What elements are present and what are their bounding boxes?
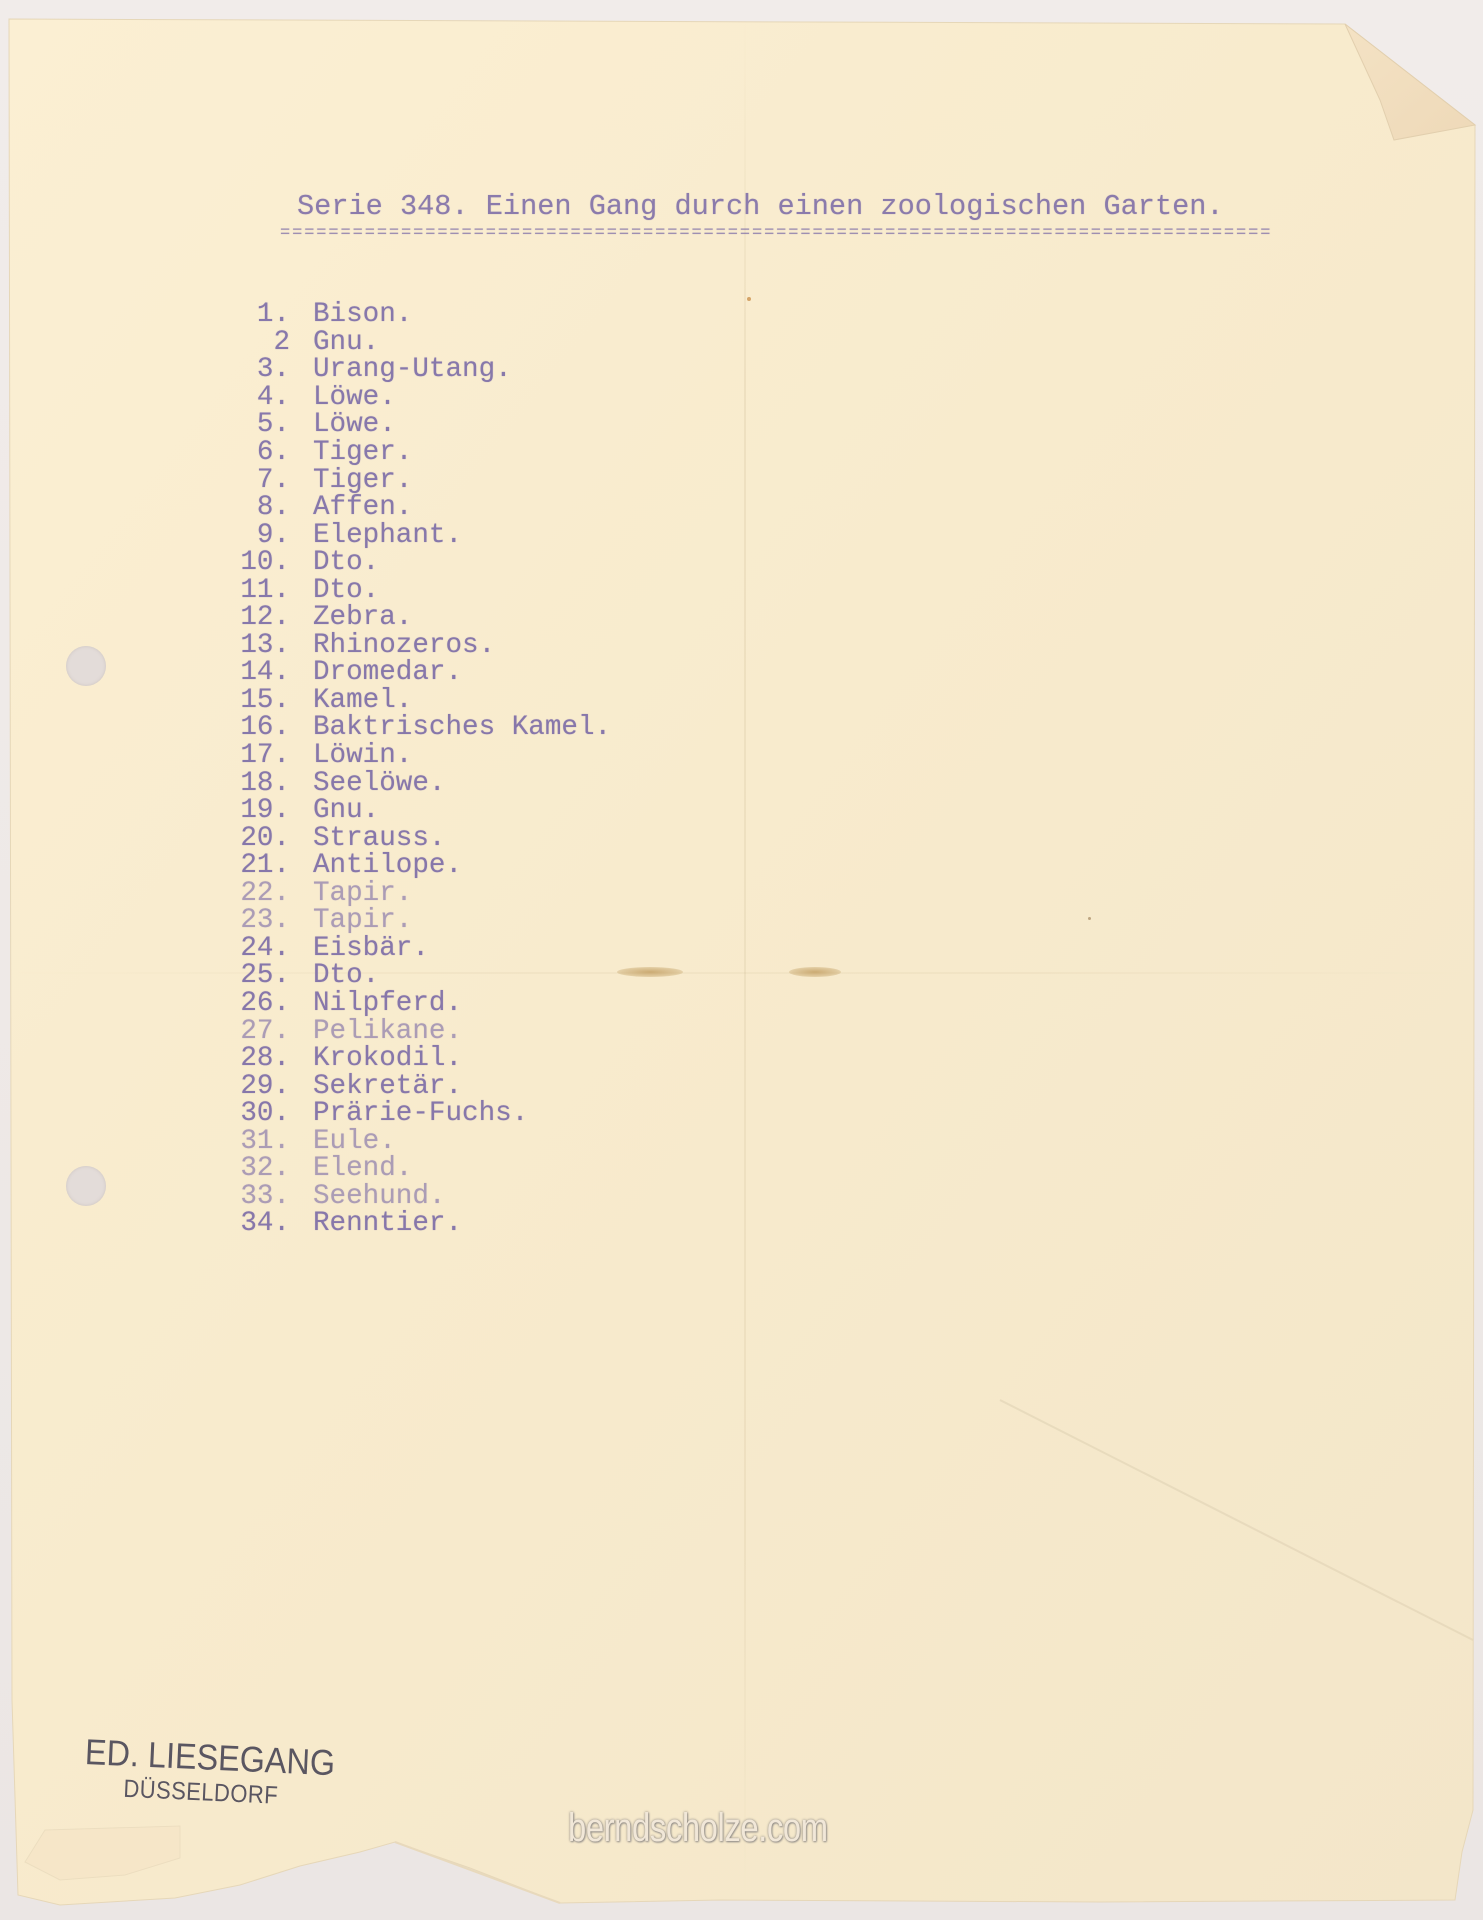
item-number: 3.: [230, 354, 313, 385]
item-name: Nilpferd.: [313, 988, 462, 1019]
rust-stain-left: [617, 967, 683, 977]
item-number: 2: [230, 327, 313, 358]
item-number: 9.: [230, 520, 313, 551]
item-name: Sekretär.: [313, 1071, 462, 1102]
item-name: Pelikane.: [313, 1016, 462, 1047]
item-name: Baktrisches Kamel.: [313, 712, 611, 743]
item-name: Affen.: [313, 492, 412, 523]
paper-sheet: [0, 0, 1483, 1920]
item-number: 28.: [230, 1043, 313, 1074]
list-item: 20.Strauss.: [230, 824, 611, 852]
item-number: 14.: [230, 657, 313, 688]
item-number: 21.: [230, 850, 313, 881]
list-item: 26.Nilpferd.: [230, 990, 611, 1018]
item-number: 34.: [230, 1208, 313, 1239]
list-item: 8.Affen.: [230, 494, 611, 522]
list-item: 1.Bison.: [230, 301, 611, 329]
item-number: 26.: [230, 988, 313, 1019]
item-name: Rhinozeros.: [313, 630, 495, 661]
item-number: 12.: [230, 602, 313, 633]
item-name: Tapir.: [313, 905, 412, 936]
slide-list: 1.Bison.2Gnu.3.Urang-Utang.4.Löwe.5.Löwe…: [230, 301, 611, 1238]
list-item: 27.Pelikane.: [230, 1017, 611, 1045]
document-title: Serie 348. Einen Gang durch einen zoolog…: [297, 192, 1224, 222]
item-name: Bison.: [313, 299, 412, 330]
item-name: Prärie-Fuchs.: [313, 1098, 528, 1129]
item-name: Krokodil.: [313, 1043, 462, 1074]
list-item: 25.Dto.: [230, 962, 611, 990]
item-number: 8.: [230, 492, 313, 523]
item-name: Urang-Utang.: [313, 354, 512, 385]
item-name: Eisbär.: [313, 933, 429, 964]
paper-speck: [1088, 917, 1091, 920]
title-underline-rule: ========================================…: [280, 228, 1272, 240]
item-number: 25.: [230, 960, 313, 991]
item-name: Antilope.: [313, 850, 462, 881]
list-item: 16.Baktrisches Kamel.: [230, 714, 611, 742]
item-number: 1.: [230, 299, 313, 330]
item-number: 19.: [230, 795, 313, 826]
item-number: 4.: [230, 382, 313, 413]
publisher-stamp: ED. LIESEGANG DÜSSELDORF: [83, 1732, 364, 1815]
punch-hole-top: [66, 646, 106, 686]
list-item: 6.Tiger.: [230, 439, 611, 467]
item-name: Strauss.: [313, 823, 445, 854]
item-name: Gnu.: [313, 327, 379, 358]
item-name: Seelöwe.: [313, 768, 445, 799]
item-name: Gnu.: [313, 795, 379, 826]
item-number: 16.: [230, 712, 313, 743]
list-item: 10.Dto.: [230, 549, 611, 577]
item-number: 11.: [230, 575, 313, 606]
item-name: Tiger.: [313, 465, 412, 496]
list-item: 19.Gnu.: [230, 797, 611, 825]
list-item: 17.Löwin.: [230, 742, 611, 770]
list-item: 15.Kamel.: [230, 687, 611, 715]
item-name: Eule.: [313, 1126, 396, 1157]
item-name: Dto.: [313, 960, 379, 991]
list-item: 31.Eule.: [230, 1127, 611, 1155]
list-item: 12.Zebra.: [230, 604, 611, 632]
list-item: 21.Antilope.: [230, 852, 611, 880]
item-name: Zebra.: [313, 602, 412, 633]
list-item: 29.Sekretär.: [230, 1072, 611, 1100]
item-name: Renntier.: [313, 1208, 462, 1239]
item-number: 20.: [230, 823, 313, 854]
horizontal-fold-crease: [10, 972, 1470, 974]
list-item: 3.Urang-Utang.: [230, 356, 611, 384]
list-item: 30.Prärie-Fuchs.: [230, 1100, 611, 1128]
item-number: 18.: [230, 768, 313, 799]
item-number: 24.: [230, 933, 313, 964]
item-name: Tapir.: [313, 878, 412, 909]
item-number: 7.: [230, 465, 313, 496]
item-number: 33.: [230, 1181, 313, 1212]
item-name: Dromedar.: [313, 657, 462, 688]
item-number: 22.: [230, 878, 313, 909]
list-item: 5.Löwe.: [230, 411, 611, 439]
watermark: berndscholze.com: [568, 1806, 828, 1850]
list-item: 14.Dromedar.: [230, 659, 611, 687]
paper-speck: [747, 297, 751, 301]
item-number: 6.: [230, 437, 313, 468]
item-name: Löwin.: [313, 740, 412, 771]
item-name: Seehund.: [313, 1181, 445, 1212]
vertical-fold-crease: [744, 20, 746, 1900]
item-name: Elend.: [313, 1153, 412, 1184]
list-item: 18.Seelöwe.: [230, 769, 611, 797]
list-item: 34.Renntier.: [230, 1210, 611, 1238]
list-item: 9.Elephant.: [230, 521, 611, 549]
list-item: 11.Dto.: [230, 576, 611, 604]
item-number: 32.: [230, 1153, 313, 1184]
item-name: Dto.: [313, 547, 379, 578]
item-number: 23.: [230, 905, 313, 936]
item-number: 17.: [230, 740, 313, 771]
rust-stain-right: [789, 967, 841, 977]
scanned-document: Serie 348. Einen Gang durch einen zoolog…: [0, 0, 1483, 1920]
item-name: Löwe.: [313, 409, 396, 440]
item-name: Elephant.: [313, 520, 462, 551]
list-item: 4.Löwe.: [230, 384, 611, 412]
item-number: 29.: [230, 1071, 313, 1102]
list-item: 7.Tiger.: [230, 466, 611, 494]
item-name: Löwe.: [313, 382, 396, 413]
item-number: 15.: [230, 685, 313, 716]
item-number: 10.: [230, 547, 313, 578]
list-item: 32.Elend.: [230, 1155, 611, 1183]
list-item: 2Gnu.: [230, 329, 611, 357]
item-number: 27.: [230, 1016, 313, 1047]
punch-hole-bottom: [66, 1166, 106, 1206]
list-item: 24.Eisbär.: [230, 935, 611, 963]
item-number: 30.: [230, 1098, 313, 1129]
list-item: 13.Rhinozeros.: [230, 632, 611, 660]
list-item: 28.Krokodil.: [230, 1045, 611, 1073]
stamp-company-name: ED. LIESEGANG: [84, 1732, 336, 1783]
item-name: Kamel.: [313, 685, 412, 716]
item-name: Dto.: [313, 575, 379, 606]
list-item: 22.Tapir.: [230, 879, 611, 907]
list-item: 23.Tapir.: [230, 907, 611, 935]
item-number: 31.: [230, 1126, 313, 1157]
item-number: 5.: [230, 409, 313, 440]
item-name: Tiger.: [313, 437, 412, 468]
list-item: 33.Seehund.: [230, 1183, 611, 1211]
item-number: 13.: [230, 630, 313, 661]
